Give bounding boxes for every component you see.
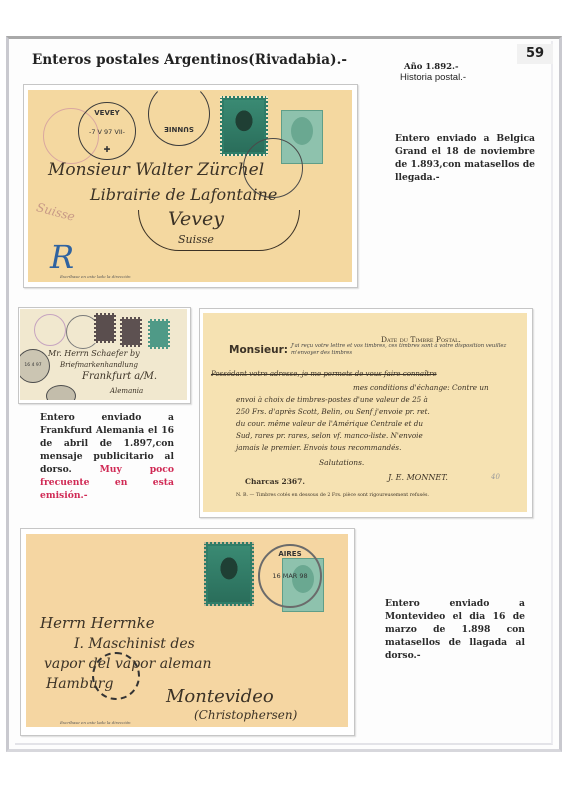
body-line: envoi à choix de timbres-postes d'une va… xyxy=(236,395,428,404)
postmark-arrival-2 xyxy=(46,385,76,400)
body-line: jamais le premier. Envois tous recommand… xyxy=(236,443,401,452)
year-label: Año 1.892.- xyxy=(404,62,459,72)
page-number: 59 xyxy=(517,44,553,64)
handwritten-note: J'ai reçu votre lettre et vos timbres, c… xyxy=(291,343,521,357)
postcard-monnet-reverse[interactable]: Date du Timbre Postal. Monsieur: J'ai re… xyxy=(203,313,527,512)
postmark-second: SUNNIE xyxy=(148,90,210,146)
side-note: Suisse xyxy=(35,200,77,224)
address-line-1: Monsieur Walter Zürchel xyxy=(48,160,264,180)
closing: Salutations. xyxy=(319,458,364,467)
address-line-4: Alemania xyxy=(110,387,143,395)
footnote: N. B. — Timbres cotés en dessous de 2 Fr… xyxy=(236,493,496,499)
address-line-4: Hamburg xyxy=(46,676,113,692)
address-line-2: Briefmarkenhandlung xyxy=(60,361,138,369)
signature: J. E. MONNET. xyxy=(388,473,448,482)
struck-line: Possédant votre adresse, je me permets d… xyxy=(211,370,437,378)
page-title: Enteros postales Argentinos(Rivadabia).- xyxy=(32,52,347,68)
address-line-3: vapor del vapor aleman xyxy=(44,656,212,672)
postmark-arrival: 16 4 97 xyxy=(20,349,50,383)
postmark-vevey: VEVEY -7 V 97 VII- ✚ xyxy=(78,102,136,160)
address-swash xyxy=(138,210,300,251)
pencil-note: 40 xyxy=(491,473,500,481)
address-line-2: I. Maschinist des xyxy=(74,636,195,652)
body-line: 250 Frs. d'après Scott, Belin, ou Senf j… xyxy=(236,407,430,416)
body-line: Sud, rares pr. rares, selon vf. manco-li… xyxy=(236,431,423,440)
address-line-1: Mr. Herrn Schaefer by xyxy=(48,349,140,358)
address-line-1: Herrn Herrnke xyxy=(40,614,155,632)
description-montevideo: Entero enviado a Montevideo el dia 16 de… xyxy=(385,597,525,662)
postmark-buenos-aires: AIRES 16 MAR 98 xyxy=(258,544,322,608)
card-footer: Escríbase en este lado la dirección xyxy=(60,720,131,725)
postcard-belgica[interactable]: VEVEY -7 V 97 VII- ✚ SUNNIE Monsieur Wal… xyxy=(28,90,352,282)
postcard-frankfurt[interactable]: 16 4 97 Mr. Herrn Schaefer by Briefmarke… xyxy=(20,309,187,400)
salutation: Monsieur: xyxy=(229,344,288,356)
body-line: du cour. même valeur de l'Amérique Centr… xyxy=(236,419,423,428)
description-belgica: Entero enviado a Belgica Grand el 18 de … xyxy=(395,132,535,184)
stamp-rivadavia-green xyxy=(148,319,170,349)
registration-mark: R xyxy=(50,238,74,276)
stamp-rivadavia-brown xyxy=(94,313,116,343)
sender-address: Charcas 2367. xyxy=(245,477,305,486)
swiss-cross-icon: ✚ xyxy=(79,145,135,154)
subtitle-label: Historia postal.- xyxy=(400,72,466,83)
address-line-3: Frankfurt a/M. xyxy=(82,371,157,382)
body-line: mes conditions d'échange: Contre un xyxy=(353,383,489,392)
cachet-mark xyxy=(34,314,66,346)
address-line-2: Librairie de Lafontaine xyxy=(90,185,277,204)
card-footer: Escríbase en este lado la dirección xyxy=(60,274,131,279)
address-line-5: Montevideo xyxy=(166,686,274,707)
postcard-montevideo[interactable]: AIRES 16 MAR 98 Herrn Herrnke I. Maschin… xyxy=(26,534,348,727)
address-line-6: (Christophersen) xyxy=(194,708,297,722)
stamp-rivadavia-green xyxy=(204,542,254,606)
description-frankfurt: Entero enviado a Frankfurd Alemania el 1… xyxy=(40,411,174,502)
stamp-rivadavia-brown xyxy=(120,317,142,347)
